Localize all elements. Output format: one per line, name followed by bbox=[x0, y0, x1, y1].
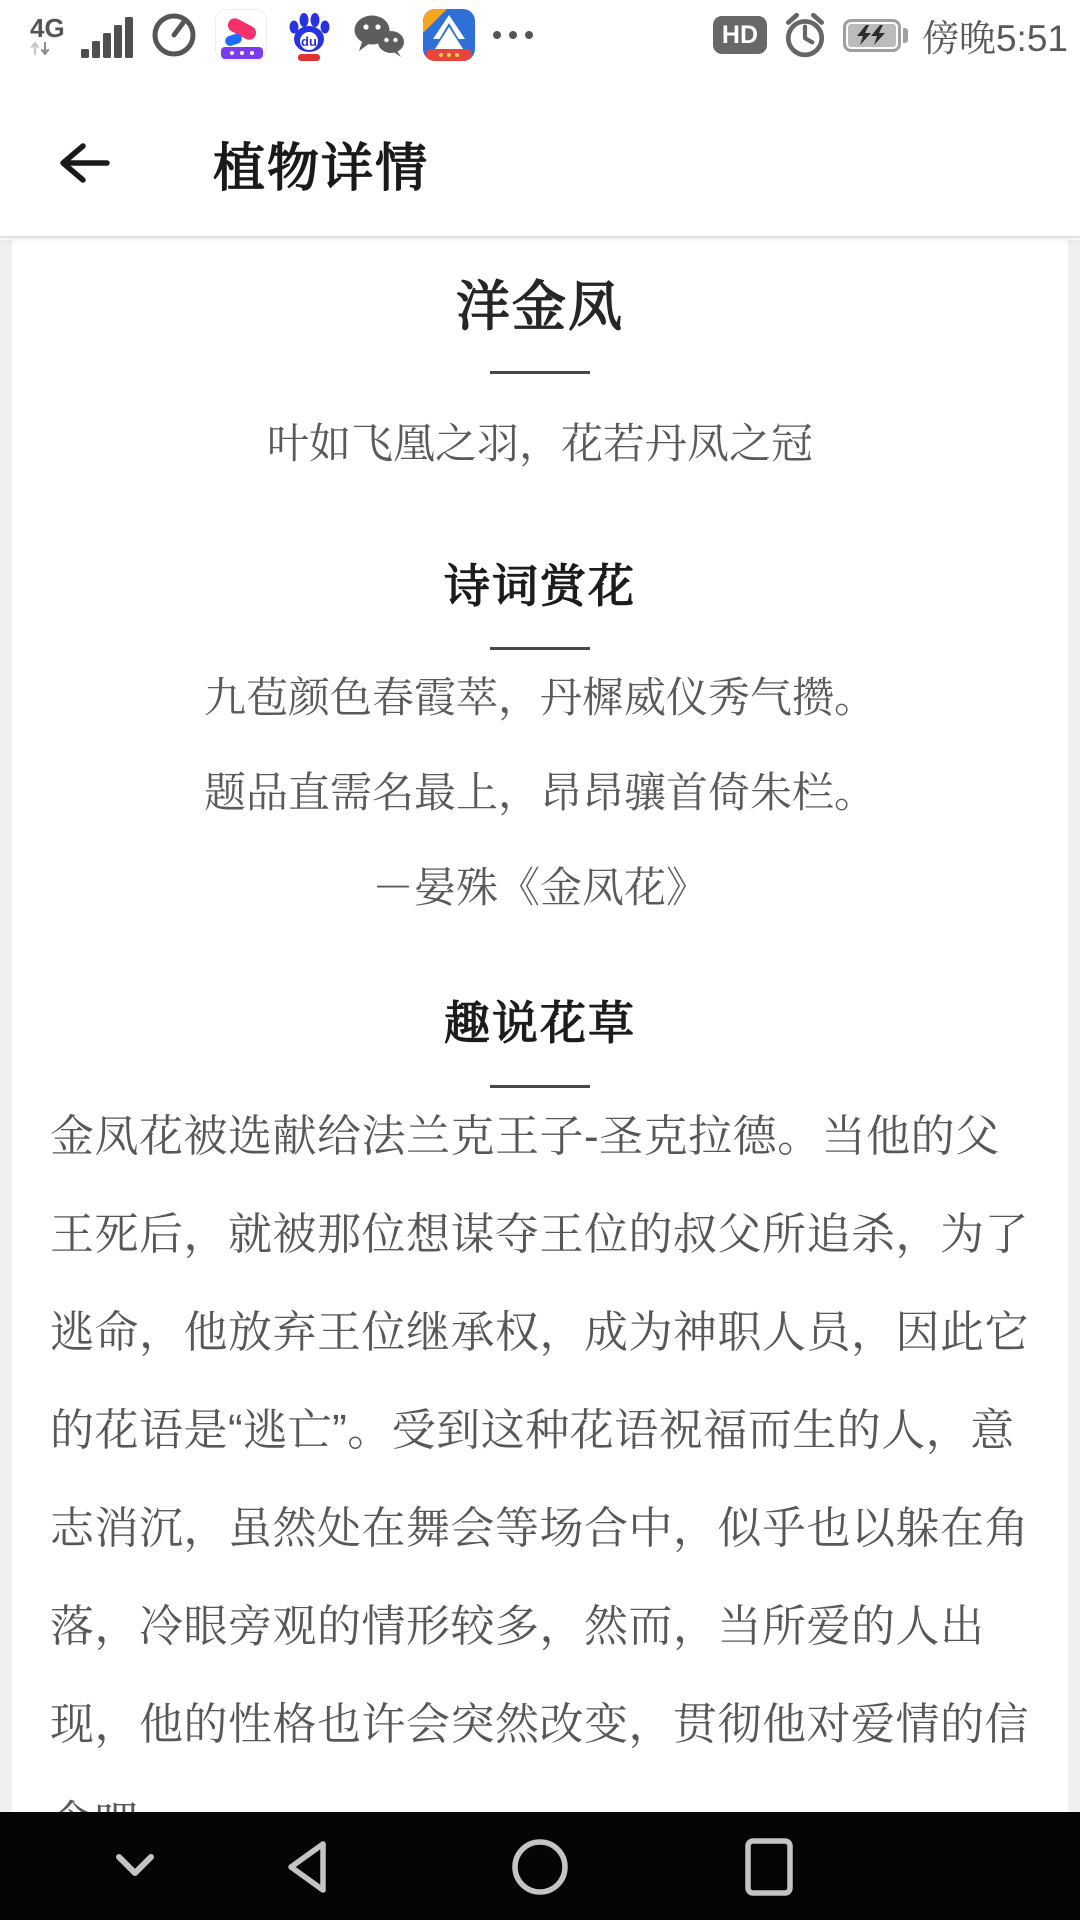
status-bar-right: HD 傍晚5:51 bbox=[713, 8, 1068, 62]
page-title: 植物详情 bbox=[213, 126, 429, 201]
home-circle-icon bbox=[511, 1838, 569, 1896]
poem-attribution: －晏殊《金凤花》 bbox=[50, 867, 1030, 909]
recents-square-icon bbox=[744, 1837, 794, 1897]
more-notifications-icon bbox=[491, 30, 535, 40]
clock-time: 傍晚5:51 bbox=[922, 8, 1068, 62]
calendar-app-icon bbox=[423, 9, 475, 61]
android-recents-button[interactable] bbox=[744, 1837, 794, 1902]
story-text-line: 志消沉，虽然处在舞会等场合中，似乎也以躲在角 bbox=[50, 1480, 1030, 1578]
divider bbox=[490, 371, 590, 374]
back-arrow-icon bbox=[57, 142, 111, 184]
hide-navbar-button[interactable] bbox=[112, 1852, 158, 1885]
story-text-line: 金凤花被选献给法兰克王子-圣克拉德。当他的父 bbox=[50, 1088, 1030, 1186]
status-bar-left: 4G bbox=[30, 9, 535, 61]
story-text-line: 念吧 bbox=[50, 1774, 1030, 1812]
hd-icon: HD bbox=[713, 16, 767, 54]
back-button[interactable] bbox=[57, 141, 113, 185]
plant-detail-content[interactable]: 洋金凤 叶如飞凰之羽，花若丹凤之冠 诗词赏花 九苞颜色春霞萃，丹樨威仪秀气攒。 … bbox=[0, 240, 1080, 1812]
signal-strength-icon bbox=[81, 12, 133, 58]
story-text-line: 落，冷眼旁观的情形较多，然而，当所爱的人出 bbox=[50, 1578, 1030, 1676]
timer-icon bbox=[149, 10, 199, 60]
video-app-icon bbox=[215, 9, 267, 61]
svg-text:du: du bbox=[301, 34, 317, 49]
battery-charging-icon bbox=[843, 19, 908, 52]
story-text-line: 逃命，他放弃王位继承权，成为神职人员，因此它 bbox=[50, 1284, 1030, 1382]
plant-tagline: 叶如飞凰之羽，花若丹凤之冠 bbox=[50, 423, 1030, 465]
app-bar: 植物详情 bbox=[0, 70, 1080, 238]
divider bbox=[490, 647, 590, 650]
poem-line: 题品直需名最上，昂昂骧首倚朱栏。 bbox=[50, 772, 1030, 814]
story-paragraph: 金凤花被选献给法兰克王子-圣克拉德。当他的父王死后，就被那位想谋夺王位的叔父所追… bbox=[50, 1088, 1030, 1812]
story-text-line: 的花语是“逃亡”。受到这种花语祝福而生的人，意 bbox=[50, 1382, 1030, 1480]
alarm-icon bbox=[781, 11, 829, 59]
plant-name-heading: 洋金凤 bbox=[50, 280, 1030, 334]
navigation-bar bbox=[0, 1812, 1080, 1920]
wechat-icon bbox=[351, 11, 407, 59]
status-bar: 4G bbox=[0, 0, 1080, 70]
poem-line: 九苞颜色春霞萃，丹樨威仪秀气攒。 bbox=[50, 677, 1030, 719]
phone-screen: 4G bbox=[0, 0, 1080, 1920]
back-triangle-icon bbox=[283, 1839, 333, 1895]
android-back-button[interactable] bbox=[283, 1839, 333, 1900]
story-text-line: 现，他的性格也许会突然改变，贯彻他对爱情的信 bbox=[50, 1676, 1030, 1774]
poem-section-heading: 诗词赏花 bbox=[50, 563, 1030, 609]
android-home-button[interactable] bbox=[511, 1838, 569, 1901]
network-type-label: 4G bbox=[30, 15, 65, 41]
chevron-down-icon bbox=[112, 1852, 158, 1880]
data-activity-arrows-icon bbox=[30, 41, 52, 56]
baidu-app-icon: du bbox=[283, 9, 335, 61]
story-text-line: 王死后，就被那位想谋夺王位的叔父所追杀，为了 bbox=[50, 1186, 1030, 1284]
network-type-indicator: 4G bbox=[30, 15, 65, 56]
story-section-heading: 趣说花草 bbox=[50, 1000, 1030, 1046]
